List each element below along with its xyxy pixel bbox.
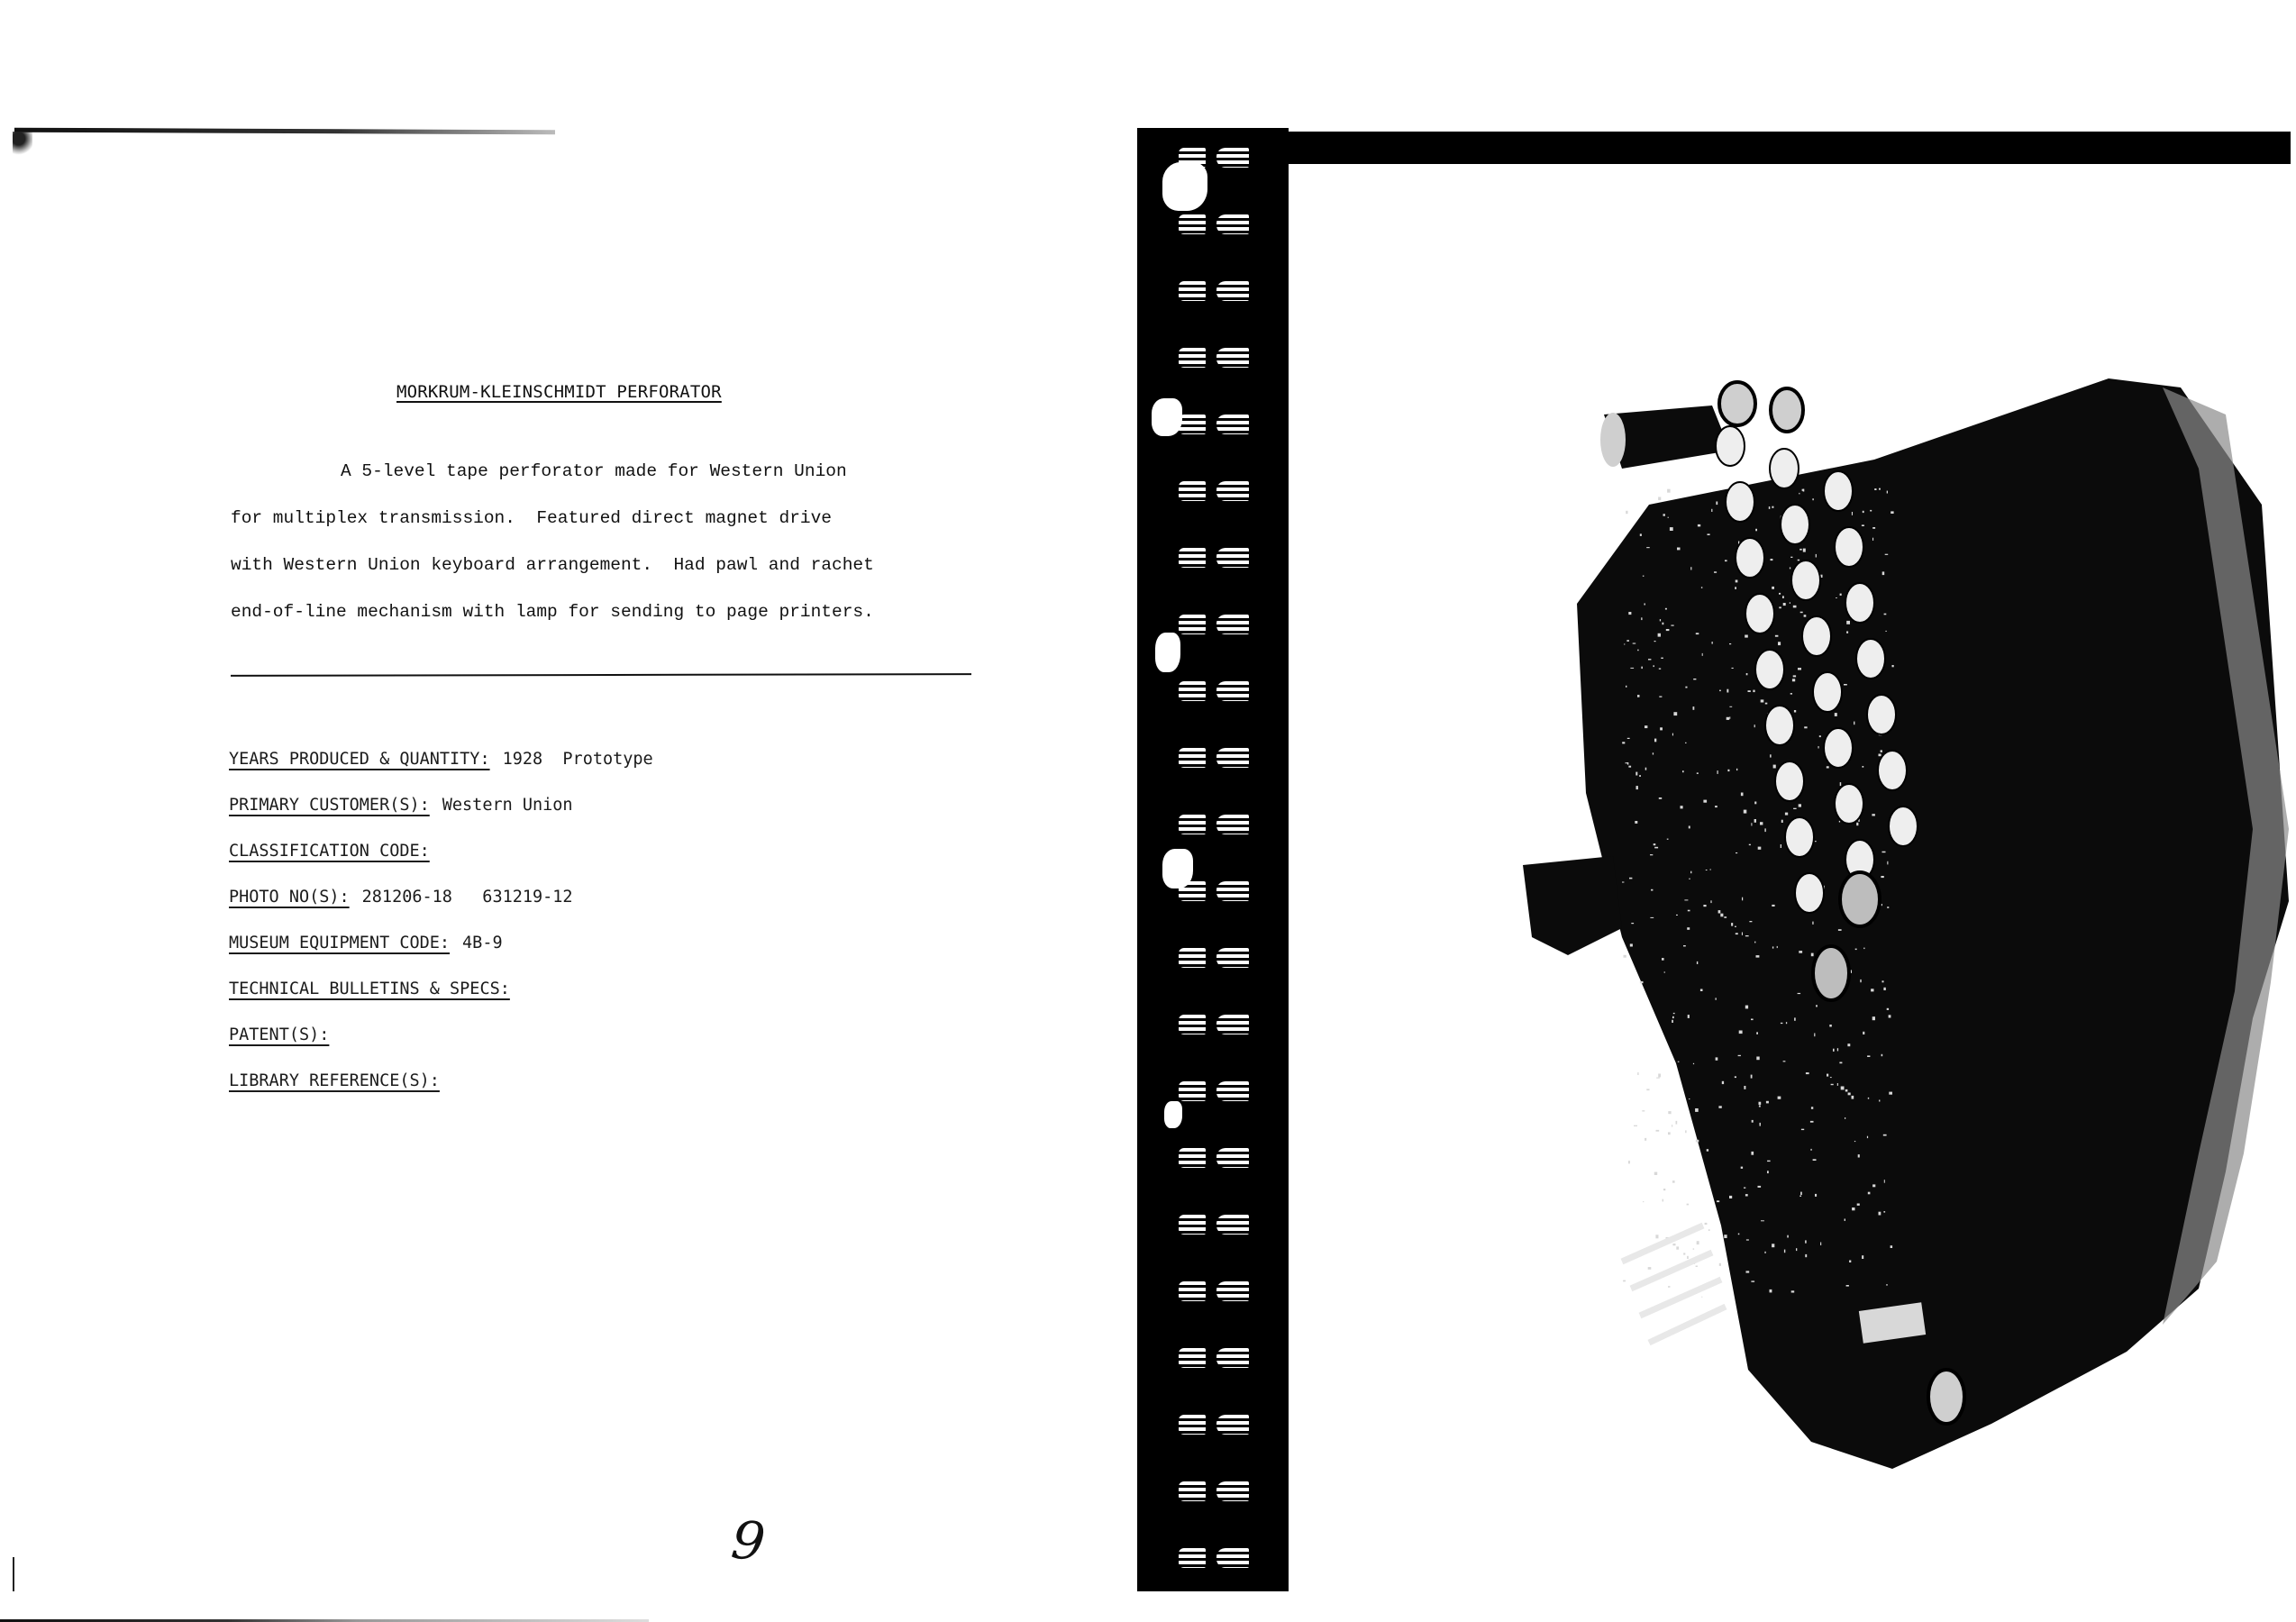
film-frame xyxy=(1179,948,1260,970)
film-strip-icon xyxy=(1137,128,1289,1591)
film-frame xyxy=(1179,815,1260,836)
field-label: PHOTO NO(S): xyxy=(229,888,350,907)
field-library-references: LIBRARY REFERENCE(S): xyxy=(229,1071,653,1117)
field-primary-customer: PRIMARY CUSTOMER(S):Western Union xyxy=(229,796,653,842)
scan-edge-top xyxy=(14,128,555,135)
film-frame xyxy=(1179,681,1260,703)
film-blot xyxy=(1162,849,1193,888)
field-value: Western Union xyxy=(442,796,573,815)
field-label: YEARS PRODUCED & QUANTITY: xyxy=(229,750,490,769)
film-blot xyxy=(1164,1101,1182,1128)
field-museum-equipment-code: MUSEUM EQUIPMENT CODE:4B-9 xyxy=(229,934,653,980)
field-value: 281206-18 631219-12 xyxy=(362,888,573,907)
field-value: 1928 Prototype xyxy=(503,750,653,769)
film-frame xyxy=(1179,1281,1260,1303)
document-title: MORKRUM-KLEINSCHMIDT PERFORATOR xyxy=(396,382,722,402)
film-frame xyxy=(1179,1548,1260,1570)
field-label: PATENT(S): xyxy=(229,1025,329,1044)
field-value: 4B-9 xyxy=(462,934,503,952)
film-frame xyxy=(1179,748,1260,770)
field-label: CLASSIFICATION CODE: xyxy=(229,842,430,861)
scan-smudge xyxy=(13,132,32,155)
film-frame xyxy=(1179,548,1260,570)
handwritten-page-number: 9 xyxy=(729,1508,769,1572)
film-frame xyxy=(1179,415,1260,436)
film-blot xyxy=(1155,633,1180,672)
description-line: with Western Union keyboard arrangement.… xyxy=(231,542,988,588)
description: A 5-level tape perforator made for Weste… xyxy=(231,448,988,635)
film-frame xyxy=(1179,1215,1260,1236)
field-classification-code: CLASSIFICATION CODE: xyxy=(229,842,653,888)
scan-mark xyxy=(13,1557,14,1591)
field-photo-numbers: PHOTO NO(S):281206-18 631219-12 xyxy=(229,888,653,934)
film-frame xyxy=(1179,1348,1260,1370)
film-frame xyxy=(1179,348,1260,369)
film-frame xyxy=(1179,1415,1260,1436)
machine-photo-icon xyxy=(1514,360,2289,1478)
film-frame xyxy=(1179,881,1260,903)
film-frame xyxy=(1179,1081,1260,1103)
field-label: LIBRARY REFERENCE(S): xyxy=(229,1071,440,1090)
field-label: PRIMARY CUSTOMER(S): xyxy=(229,796,430,815)
section-divider xyxy=(231,673,971,677)
film-frame xyxy=(1179,481,1260,503)
field-label: TECHNICAL BULLETINS & SPECS: xyxy=(229,980,510,998)
record-fields: YEARS PRODUCED & QUANTITY:1928 Prototype… xyxy=(229,750,653,1117)
film-frame xyxy=(1179,1481,1260,1503)
photo-top-band xyxy=(1137,132,2291,164)
film-frame xyxy=(1179,1148,1260,1170)
film-frame xyxy=(1179,615,1260,636)
film-blot xyxy=(1162,162,1207,211)
description-line: end-of-line mechanism with lamp for send… xyxy=(231,588,988,635)
film-frame xyxy=(1179,214,1260,236)
description-line: A 5-level tape perforator made for Weste… xyxy=(231,448,988,495)
film-frame xyxy=(1179,1015,1260,1036)
field-label: MUSEUM EQUIPMENT CODE: xyxy=(229,934,450,952)
field-patents: PATENT(S): xyxy=(229,1025,653,1071)
description-line: for multiplex transmission. Featured dir… xyxy=(231,495,988,542)
film-blot xyxy=(1152,398,1182,436)
film-frame xyxy=(1179,281,1260,303)
field-technical-bulletins: TECHNICAL BULLETINS & SPECS: xyxy=(229,980,653,1025)
field-years-produced: YEARS PRODUCED & QUANTITY:1928 Prototype xyxy=(229,750,653,796)
